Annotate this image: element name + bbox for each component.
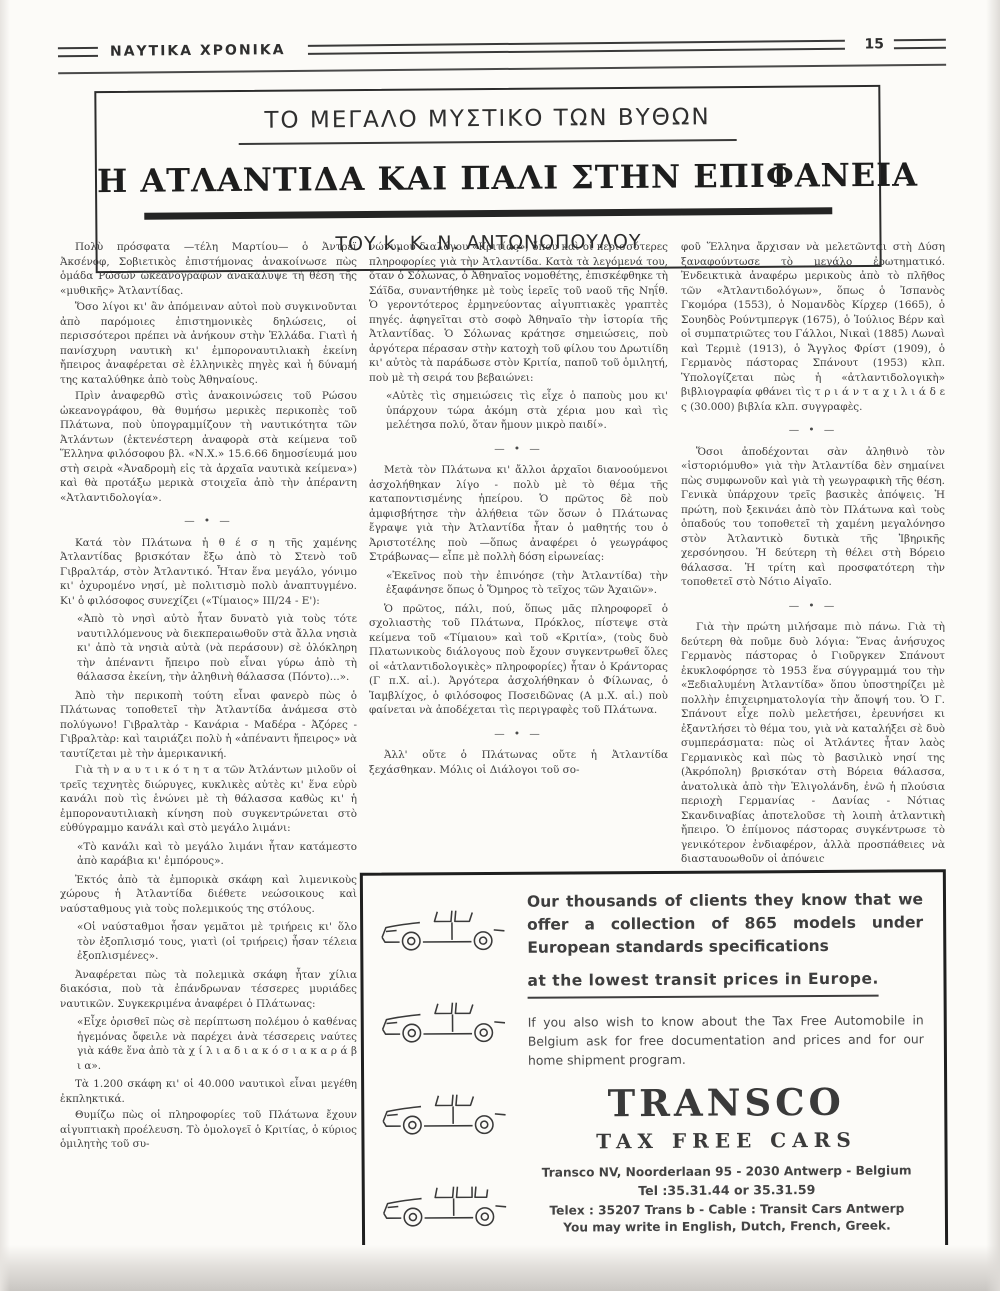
page-header: ΝΑΥΤΙΚΑ ΧΡΟΝΙΚΑ 15 xyxy=(58,36,946,75)
article-column-2: νώνυμου διαλόγου «Κριτίας», ὅπου καὶ οἱ … xyxy=(369,240,668,862)
article-kicker: ΤΟ ΜΕΓΑΛΟ ΜΥΣΤΙΚΟ ΤΩΝ ΒΥΘΩΝ xyxy=(238,104,736,145)
section-divider: — • — xyxy=(369,442,668,457)
ad-body-text: If you also wish to know about the Tax F… xyxy=(528,1010,924,1069)
article-paragraph: Κατά τὸν Πλάτωνα ἡ θ έ σ η τῆς χαμένης Ἀ… xyxy=(60,536,357,609)
scan-edge-left xyxy=(0,0,10,1291)
page-number: 15 xyxy=(864,36,884,52)
magazine-title: ΝΑΥΤΙΚΑ ΧΡΟΝΙΚΑ xyxy=(110,42,286,60)
sedan-car-drawing xyxy=(377,896,513,959)
ad-telex-cable: Telex : 35207 Trans b - Cable : Transit … xyxy=(529,1202,925,1218)
article-paragraph: Θυμίζω πὼς οἱ πληροφορίες τοῦ Πλάτωνα ἔχ… xyxy=(60,1108,357,1152)
article-paragraph: Πρὶν ἀναφερθῶ στὶς ἀνακοινώσεις τοῦ Ρώσο… xyxy=(60,389,357,505)
quote-paragraph: «Τὸ κανάλι καὶ τὸ μεγάλο λιμάνι ἦταν κατ… xyxy=(77,840,357,869)
sedan-car-drawing xyxy=(378,988,514,1051)
article-paragraph: Ὅσο λίγοι κι' ἂν ἀπόμειναν αὐτοὶ ποὺ συγ… xyxy=(60,300,357,387)
article-paragraph: Μετὰ τὸν Πλάτωνα κι' ἄλλοι ἀρχαῖοι διανο… xyxy=(369,463,668,565)
ad-brand-subtitle: TAX FREE CARS xyxy=(528,1128,924,1154)
header-rule-right xyxy=(894,39,946,49)
scan-edge-bottom xyxy=(0,1245,1000,1291)
sedan-car-drawing xyxy=(377,896,513,959)
quote-paragraph: «Εἶχε ὁρισθεῖ πὼς σὲ περίπτωση πολέμου ὁ… xyxy=(77,1015,357,1073)
article-column-1: Πολὺ πρόσφατα —τέλη Μαρτίου— ὁ Ἀντρέϊ Ἀκ… xyxy=(60,240,357,1272)
quote-paragraph: «Ἀπὸ τὸ νησὶ αὐτὸ ἦταν δυνατὸ γιὰ τοὺς τ… xyxy=(77,612,357,685)
station-wagon-car-drawing xyxy=(379,1172,515,1235)
ad-brand-name: TRANSCO xyxy=(528,1080,924,1126)
article-paragraph: Γιὰ τὴν πρώτη μιλήσαμε πιὸ πάνω. Γιὰ τὴ … xyxy=(681,620,945,862)
article-paragraph: φοῦ Ἕλληνα ἄρχισαν νὰ μελετῶνται στὴ Δύσ… xyxy=(681,240,945,414)
header-rule-left xyxy=(58,47,98,57)
article-paragraph: Τὰ 1.200 σκάφη κι' οἱ 40.000 ναυτικοὶ εἶ… xyxy=(60,1077,357,1106)
article-paragraph: Ἀναφέρεται πὼς τὰ πολεμικὰ σκάφη ἦταν χί… xyxy=(60,968,357,1012)
header-rule-middle xyxy=(307,40,844,55)
article-paragraph: Ὅσοι ἀποδέχονται σὰν ἀληθινὸ τὸν «ἱστορι… xyxy=(681,445,945,590)
sedan-car-drawing xyxy=(378,1080,514,1143)
ad-text-block: Our thousands of clients they know that … xyxy=(521,872,945,1255)
car-illustrations xyxy=(363,875,523,1256)
scan-edge-right xyxy=(986,0,1000,1291)
sedan-car-drawing xyxy=(378,1080,514,1143)
sedan-car-drawing xyxy=(378,988,514,1051)
article-paragraph: Ἐκτός ἀπὸ τὰ ἐμπορικὰ σκάφη καὶ λιμενικο… xyxy=(60,873,357,917)
ad-headline: Our thousands of clients they know that … xyxy=(527,888,923,959)
station-wagon-car-drawing xyxy=(379,1172,515,1235)
article-paragraph: Ἀλλ' οὔτε ὁ Πλάτωνας οὔτε ἡ Ἀτλαντίδα ξε… xyxy=(369,748,668,777)
transco-advertisement: Our thousands of clients they know that … xyxy=(360,869,948,1259)
section-divider: — • — xyxy=(369,727,668,742)
quote-paragraph: «Ἐκεῖνος ποὺ τὴν ἐπινόησε (τὴν Ἀτλαντίδα… xyxy=(386,569,668,598)
article-column-3: φοῦ Ἕλληνα ἄρχισαν νὰ μελετῶνται στὴ Δύσ… xyxy=(681,240,945,862)
article-paragraph: νώνυμου διαλόγου «Κριτίας», ὅπου καὶ οἱ … xyxy=(369,240,668,385)
article-paragraph: Ἀπὸ τὴν περικοπὴ τούτη εἶναι φανερὸ πὼς … xyxy=(60,689,357,762)
article-paragraph: Ὁ πρῶτος, πάλι, πού, ὅπως μᾶς πληροφορεῖ… xyxy=(369,602,668,718)
article-paragraph: Πολὺ πρόσφατα —τέλη Μαρτίου— ὁ Ἀντρέϊ Ἀκ… xyxy=(60,240,357,298)
section-divider: — • — xyxy=(60,514,357,529)
magazine-page: ΝΑΥΤΙΚΑ ΧΡΟΝΙΚΑ 15 ΤΟ ΜΕΓΑΛΟ ΜΥΣΤΙΚΟ ΤΩΝ… xyxy=(0,0,1000,1291)
article-paragraph: Γιὰ τὴ ν α υ τ ι κ ό τ η τ α τῶν Ἀτλάντω… xyxy=(60,763,357,836)
ad-address: Transco NV, Noorderlaan 95 - 2030 Antwer… xyxy=(529,1164,925,1180)
headline-rule xyxy=(144,207,832,219)
quote-paragraph: «Αὐτὲς τὶς σημειώσεις τὶς εἶχε ὁ παποὺς … xyxy=(386,389,668,433)
section-divider: — • — xyxy=(681,423,945,438)
ad-tagline: at the lowest transit prices in Europe. xyxy=(527,970,879,999)
ad-telephone: Tel :35.31.44 or 35.31.59 xyxy=(529,1182,925,1199)
header-sub-rule xyxy=(58,64,946,75)
quote-paragraph: «Οἱ ναύσταθμοι ἦσαν γεμᾶτοι μὲ τριήρεις … xyxy=(77,920,357,964)
ad-languages-note: You may write in English, Dutch, French,… xyxy=(529,1219,925,1235)
section-divider: — • — xyxy=(681,599,945,614)
article-headline: Η ΑΤΛΑΝΤΙΔΑ ΚΑΙ ΠΑΛΙ ΣΤΗΝ ΕΠΙΦΑΝΕΙΑ xyxy=(97,156,879,200)
